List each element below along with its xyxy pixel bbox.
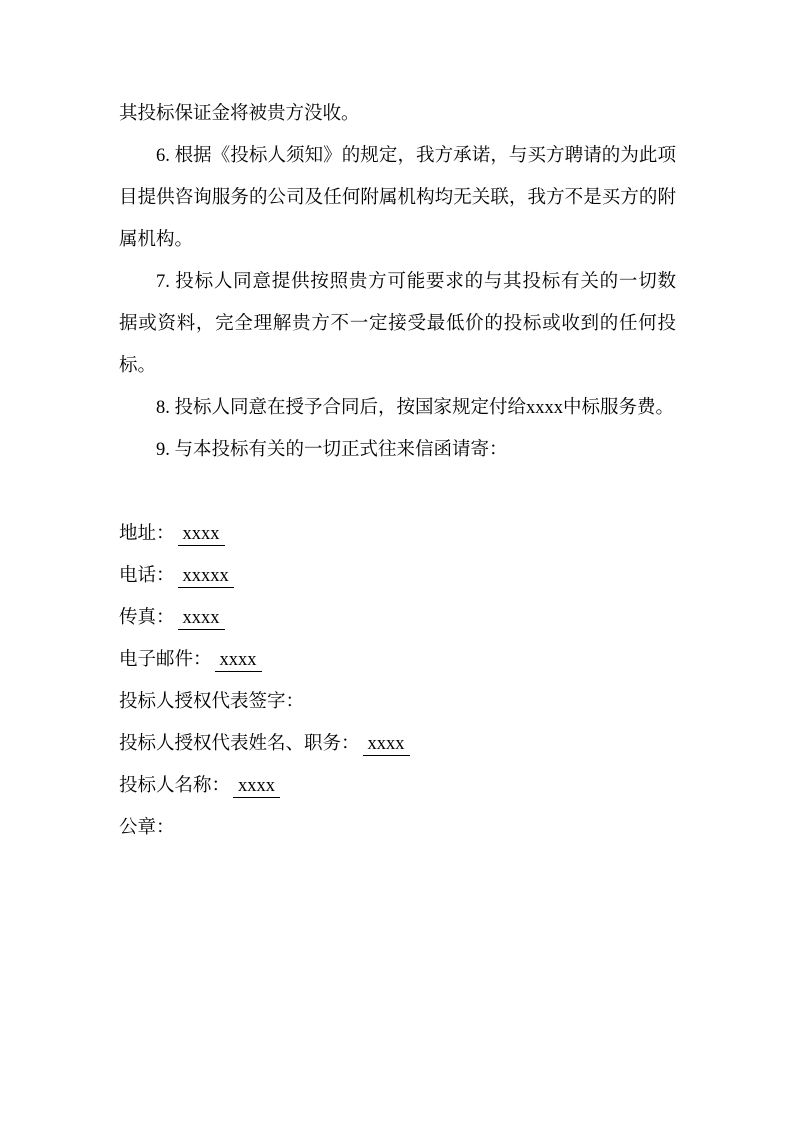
paragraph-7-line-3: 标。 (119, 345, 676, 387)
field-fax-label: 传真： (119, 608, 175, 628)
document-page: 其投标保证金将被贵方没收。 6. 根据《投标人须知》的规定，我方承诺，与买方聘请… (0, 0, 793, 1122)
field-official-seal-label: 公章： (119, 818, 175, 838)
field-email-label: 电子邮件： (119, 650, 212, 670)
paragraph-7-line-2: 据或资料，完全理解贵方不一定接受最低价的投标或收到的任何投 (119, 303, 676, 345)
field-fax-value: xxxx (178, 607, 225, 630)
paragraph-5-continuation: 其投标保证金将被贵方没收。 (119, 93, 676, 135)
field-bidder-name-label: 投标人名称： (119, 776, 230, 796)
document-body: 其投标保证金将被贵方没收。 6. 根据《投标人须知》的规定，我方承诺，与买方聘请… (0, 0, 793, 849)
paragraph-7-line-1: 7. 投标人同意提供按照贵方可能要求的与其投标有关的一切数 (119, 261, 676, 303)
field-representative-signature: 投标人授权代表签字： (119, 681, 676, 723)
field-bidder-name-value: xxxx (233, 775, 280, 798)
field-official-seal: 公章： (119, 807, 676, 849)
paragraph-6-line-1: 6. 根据《投标人须知》的规定，我方承诺，与买方聘请的为此项 (119, 135, 676, 177)
paragraph-9: 9. 与本投标有关的一切正式往来信函请寄： (119, 429, 676, 471)
field-representative-signature-label: 投标人授权代表签字： (119, 692, 304, 712)
field-phone: 电话：xxxxx (119, 555, 676, 597)
field-address-value: xxxx (178, 523, 225, 546)
field-phone-value: xxxxx (178, 565, 234, 588)
field-address-label: 地址： (119, 524, 175, 544)
field-address: 地址：xxxx (119, 513, 676, 555)
paragraph-8: 8. 投标人同意在授予合同后，按国家规定付给xxxx中标服务费。 (119, 387, 676, 429)
field-email-value: xxxx (215, 649, 262, 672)
field-email: 电子邮件：xxxx (119, 639, 676, 681)
field-representative-name-title-label: 投标人授权代表姓名、职务： (119, 734, 360, 754)
field-phone-label: 电话： (119, 566, 175, 586)
field-fax: 传真：xxxx (119, 597, 676, 639)
field-bidder-name: 投标人名称：xxxx (119, 765, 676, 807)
paragraph-6-line-2: 目提供咨询服务的公司及任何附属机构均无关联，我方不是买方的附 (119, 177, 676, 219)
field-representative-name-title: 投标人授权代表姓名、职务：xxxx (119, 723, 676, 765)
paragraph-6-line-3: 属机构。 (119, 219, 676, 261)
field-representative-name-title-value: xxxx (363, 733, 410, 756)
blank-line (119, 471, 676, 513)
